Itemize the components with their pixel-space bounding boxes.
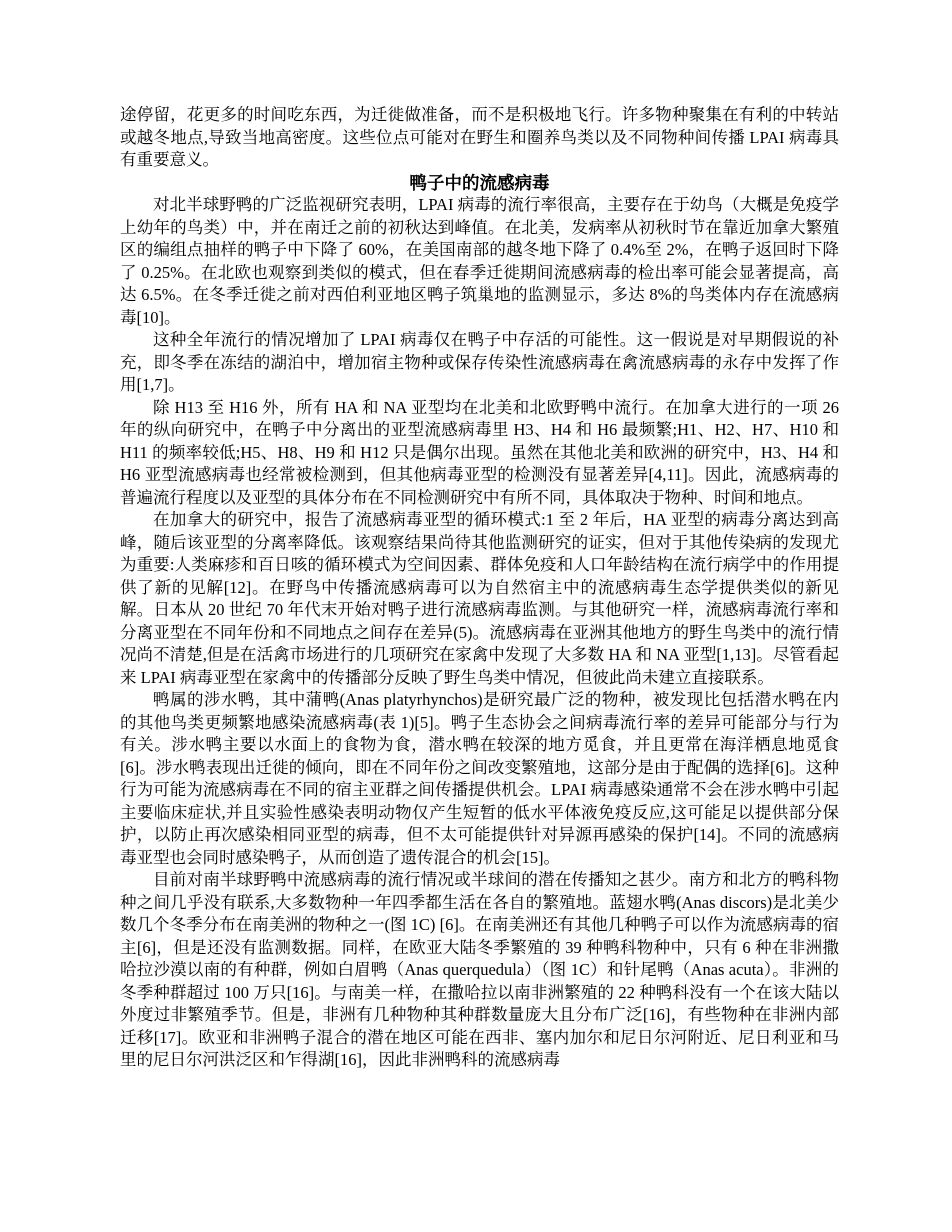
document-page: 途停留，花更多的时间吃东西，为迁徙做准备，而不是积极地飞行。许多物种聚集在有利的… xyxy=(0,0,952,1232)
paragraph-year-round-circulation: 这种全年流行的情况增加了 LPAI 病毒仅在鸭子中存活的可能性。这一假说是对早期… xyxy=(120,329,839,397)
paragraph-canada-cycling-pattern: 在加拿大的研究中，报告了流感病毒亚型的循环模式:1 至 2 年后，HA 亚型的病… xyxy=(120,509,839,689)
text-column: 途停留，花更多的时间吃东西，为迁徙做准备，而不是积极地飞行。许多物种聚集在有利的… xyxy=(120,104,839,1072)
paragraph-southern-hemisphere: 目前对南半球野鸭中流感病毒的流行情况或半球间的潜在传播知之甚少。南方和北方的鸭科… xyxy=(120,869,839,1072)
paragraph-prevalence-northern-hemisphere: 对北半球野鸭的广泛监视研究表明，LPAI 病毒的流行率很高，主要存在于幼鸟（大概… xyxy=(120,194,839,329)
paragraph-subtypes: 除 H13 至 H16 外，所有 HA 和 NA 亚型均在北美和北欧野鸭中流行。… xyxy=(120,397,839,510)
paragraph-continuation: 途停留，花更多的时间吃东西，为迁徙做准备，而不是积极地飞行。许多物种聚集在有利的… xyxy=(120,104,839,172)
paragraph-dabbling-ducks: 鸭属的涉水鸭，其中蒲鸭(Anas platyrhynchos)是研究最广泛的物种… xyxy=(120,689,839,869)
section-heading: 鸭子中的流感病毒 xyxy=(120,172,839,195)
